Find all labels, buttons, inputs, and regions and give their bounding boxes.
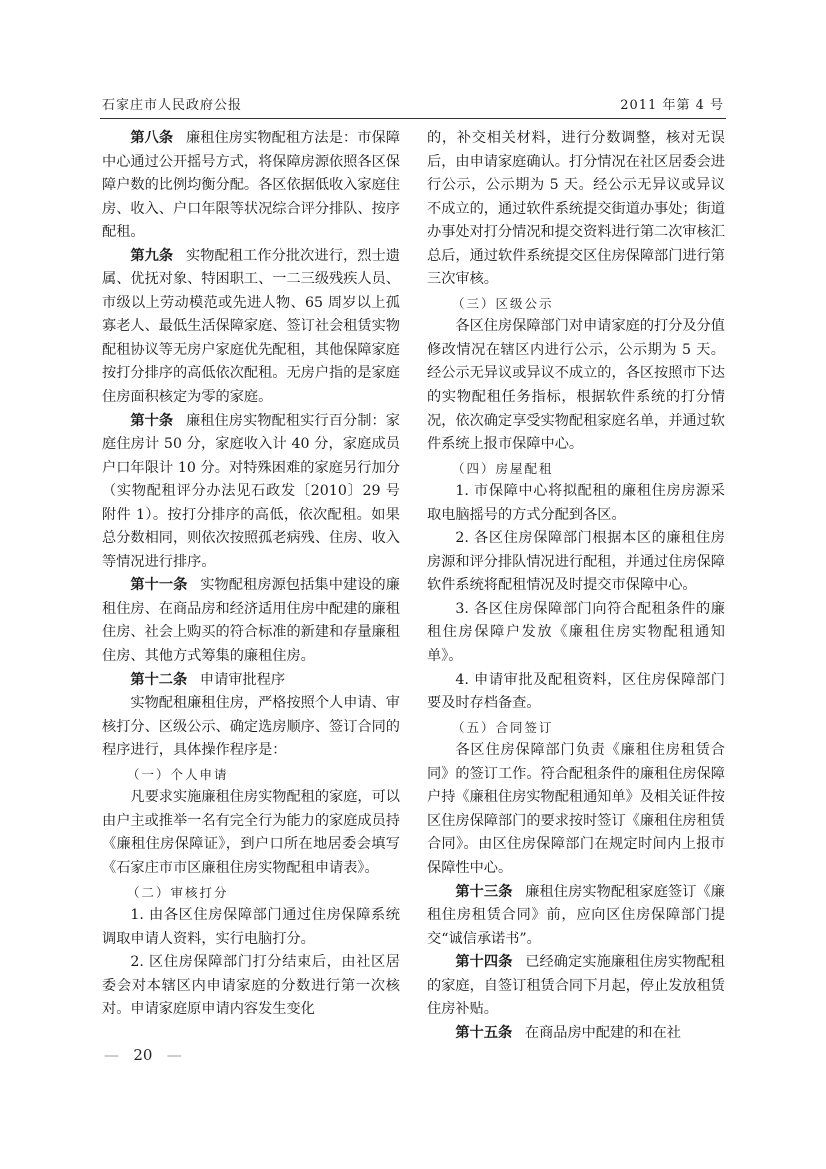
left-column: 第八条廉租住房实物配租方法是：市保障中心通过公开摇号方式，将保障房源依照各区保障… <box>102 127 400 1022</box>
article-14: 第十四条已经确定实施廉租住房实物配租的家庭，自签订租赁合同下月起，停止发放租赁住… <box>427 951 725 1022</box>
article-15: 第十五条在商品房中配建的和在社 <box>427 1022 725 1046</box>
article-8: 第八条廉租住房实物配租方法是：市保障中心通过公开摇号方式，将保障房源依照各区保障… <box>102 127 400 245</box>
paragraph: 1. 由各区住房保障部门通过住房保障系统调取申请人资料，实行电脑打分。 <box>102 904 400 951</box>
paragraph: 各区住房保障部门负责《廉租住房租赁合同》的签订工作。符合配租条件的廉租住房保障户… <box>427 739 725 880</box>
page-number: 20 <box>133 1046 152 1064</box>
article-9: 第九条实物配租工作分批次进行，烈士遗属、优抚对象、特困职工、一二三级残疾人员、市… <box>102 245 400 410</box>
header-rule <box>100 118 726 119</box>
paragraph: 凡要求实施廉租住房实物配租的家庭，可以由户主或推举一名有完全行为能力的家庭成员持… <box>102 786 400 880</box>
subsection-heading: （一）个人申请 <box>102 763 400 787</box>
article-label: 第八条 <box>130 130 173 146</box>
article-text: 廉租住房实物配租实行百分制：家庭住房计 50 分，家庭收入计 40 分，家庭成员… <box>102 413 400 570</box>
article-10: 第十条廉租住房实物配租实行百分制：家庭住房计 50 分，家庭收入计 40 分，家… <box>102 410 400 575</box>
subsection-heading: （二）审核打分 <box>102 881 400 905</box>
article-text: 在商品房中配建的和在社 <box>525 1025 681 1041</box>
article-text: 实物配租工作分批次进行，烈士遗属、优抚对象、特困职工、一二三级残疾人员、市级以上… <box>102 248 400 405</box>
paragraph: 各区住房保障部门对申请家庭的打分及分值修改情况在辖区内进行公示，公示期为 5 天… <box>427 315 725 456</box>
subsection-heading: （四）房屋配租 <box>427 457 725 481</box>
article-12: 第十二条申请审批程序 <box>102 669 400 693</box>
paragraph: 3. 各区住房保障部门向符合配租条件的廉租住房保障户发放《廉租住房实物配租通知单… <box>427 598 725 669</box>
article-13: 第十三条廉租住房实物配租家庭签订《廉租住房租赁合同》前，应向区住房保障部门提交“… <box>427 881 725 952</box>
article-text: 申请审批程序 <box>200 672 285 688</box>
article-label: 第十三条 <box>455 884 512 900</box>
dash-left: — <box>104 1046 119 1064</box>
article-text: 廉租住房实物配租方法是：市保障中心通过公开摇号方式，将保障房源依照各区保障户数的… <box>102 130 400 240</box>
paragraph: 2. 各区住房保障部门根据本区的廉租住房房源和评分排队情况进行配租，并通过住房保… <box>427 527 725 598</box>
paragraph: 4. 申请审批及配租资料，区住房保障部门要及时存档备查。 <box>427 669 725 716</box>
paragraph-continued: 的，补交相关材料，进行分数调整，核对无误后，由申请家庭确认。打分情况在社区居委会… <box>427 127 725 292</box>
paragraph: 2. 区住房保障部门打分结束后，由社区居委会对本辖区内申请家庭的分数进行第一次核… <box>102 951 400 1022</box>
article-label: 第十条 <box>130 413 173 429</box>
publication-title: 石家庄市人民政府公报 <box>102 94 242 113</box>
article-label: 第十二条 <box>130 672 187 688</box>
paragraph: 实物配租廉租住房，严格按照个人申请、审核打分、区级公示、确定选房顺序、签订合同的… <box>102 692 400 763</box>
page-footer: — 20 — <box>104 1046 182 1064</box>
dash-right: — <box>167 1046 182 1064</box>
article-11: 第十一条实物配租房源包括集中建设的廉租住房、在商品房和经济适用住房中配建的廉租住… <box>102 574 400 668</box>
subsection-heading: （三）区级公示 <box>427 292 725 316</box>
article-label: 第九条 <box>130 248 173 264</box>
article-label: 第十一条 <box>130 577 187 593</box>
subsection-heading: （五）合同签订 <box>427 716 725 740</box>
right-column: 的，补交相关材料，进行分数调整，核对无误后，由申请家庭确认。打分情况在社区居委会… <box>427 127 725 1045</box>
article-label: 第十五条 <box>455 1025 512 1041</box>
running-header: 石家庄市人民政府公报 2011 年第 4 号 <box>102 91 724 115</box>
issue-number: 2011 年第 4 号 <box>620 94 724 113</box>
article-label: 第十四条 <box>455 954 512 970</box>
paragraph: 1. 市保障中心将拟配租的廉租住房房源采取电脑摇号的方式分配到各区。 <box>427 480 725 527</box>
